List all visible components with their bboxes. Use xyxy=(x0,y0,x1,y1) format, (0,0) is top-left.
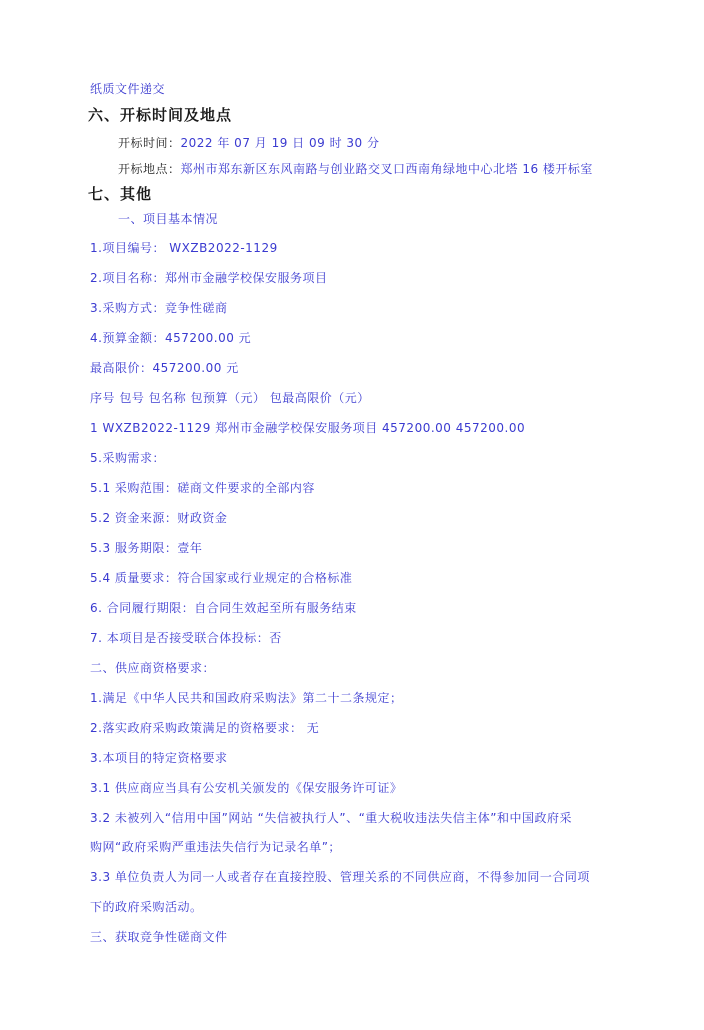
section-6-heading: 六、开标时间及地点 xyxy=(88,104,232,125)
requirement-5-4: 5.4 质量要求：符合国家或行业规定的合格标准 xyxy=(90,569,352,586)
qualification-3: 3.本项目的特定资格要求 xyxy=(90,749,227,766)
bid-opening-time: 开标时间：2022 年 07 月 19 日 09 时 30 分 xyxy=(118,134,379,151)
contract-period: 6. 合同履行期限：自合同生效起至所有服务结束 xyxy=(90,599,357,616)
qualification-3-3-line1: 3.3 单位负责人为同一人或者存在直接控股、管理关系的不同供应商，不得参加同一合… xyxy=(90,868,590,885)
max-price: 最高限价：457200.00 元 xyxy=(90,359,239,376)
budget-amount: 4.预算金额：457200.00 元 xyxy=(90,329,251,346)
bid-opening-time-value: 2022 年 07 月 19 日 09 时 30 分 xyxy=(181,136,380,150)
qualification-3-3-line2: 下的政府采购活动。 xyxy=(90,898,203,915)
qualification-3-2-line1: 3.2 未被列入“信用中国”网站 “失信被执行人”、“重大税收违法失信主体”和中… xyxy=(90,809,572,826)
requirement-5-2: 5.2 资金来源：财政资金 xyxy=(90,509,227,526)
requirement-5-1: 5.1 采购范围：磋商文件要求的全部内容 xyxy=(90,479,315,496)
qualification-1: 1.满足《中华人民共和国政府采购法》第二十二条规定； xyxy=(90,689,402,706)
supplier-qualification-heading: 二、供应商资格要求： xyxy=(90,659,215,676)
section-7-heading: 七、其他 xyxy=(88,183,152,204)
paper-submit-text: 纸质文件递交 xyxy=(90,80,165,97)
joint-bid: 7. 本项目是否接受联合体投标：否 xyxy=(90,629,282,646)
project-number: 1.项目编号： WXZB2022-1129 xyxy=(90,239,278,256)
bid-opening-place: 开标地点：郑州市郑东新区东风南路与创业路交叉口西南角绿地中心北塔 16 楼开标室 xyxy=(118,160,593,177)
procurement-requirements: 5.采购需求： xyxy=(90,449,165,466)
bid-opening-place-value: 郑州市郑东新区东风南路与创业路交叉口西南角绿地中心北塔 16 楼开标室 xyxy=(181,162,593,176)
project-name: 2.项目名称：郑州市金融学校保安服务项目 xyxy=(90,269,327,286)
package-table-header: 序号 包号 包名称 包预算（元） 包最高限价（元） xyxy=(90,389,370,406)
bid-opening-time-label: 开标时间： xyxy=(118,136,181,150)
bid-opening-place-label: 开标地点： xyxy=(118,162,181,176)
requirement-5-3: 5.3 服务期限：壹年 xyxy=(90,539,202,556)
qualification-3-2-line2: 购网“政府采购严重违法失信行为记录名单”； xyxy=(90,838,341,855)
package-table-row: 1 WXZB2022-1129 郑州市金融学校保安服务项目 457200.00 … xyxy=(90,419,525,436)
obtain-documents-heading: 三、获取竞争性磋商文件 xyxy=(90,928,228,945)
qualification-3-1: 3.1 供应商应当具有公安机关颁发的《保安服务许可证》 xyxy=(90,779,402,796)
qualification-2: 2.落实政府采购政策满足的资格要求： 无 xyxy=(90,719,319,736)
document-page: 纸质文件递交 六、开标时间及地点 开标时间：2022 年 07 月 19 日 0… xyxy=(0,0,704,1030)
procurement-method: 3.采购方式：竞争性磋商 xyxy=(90,299,227,316)
basic-info-heading: 一、项目基本情况 xyxy=(118,210,218,227)
